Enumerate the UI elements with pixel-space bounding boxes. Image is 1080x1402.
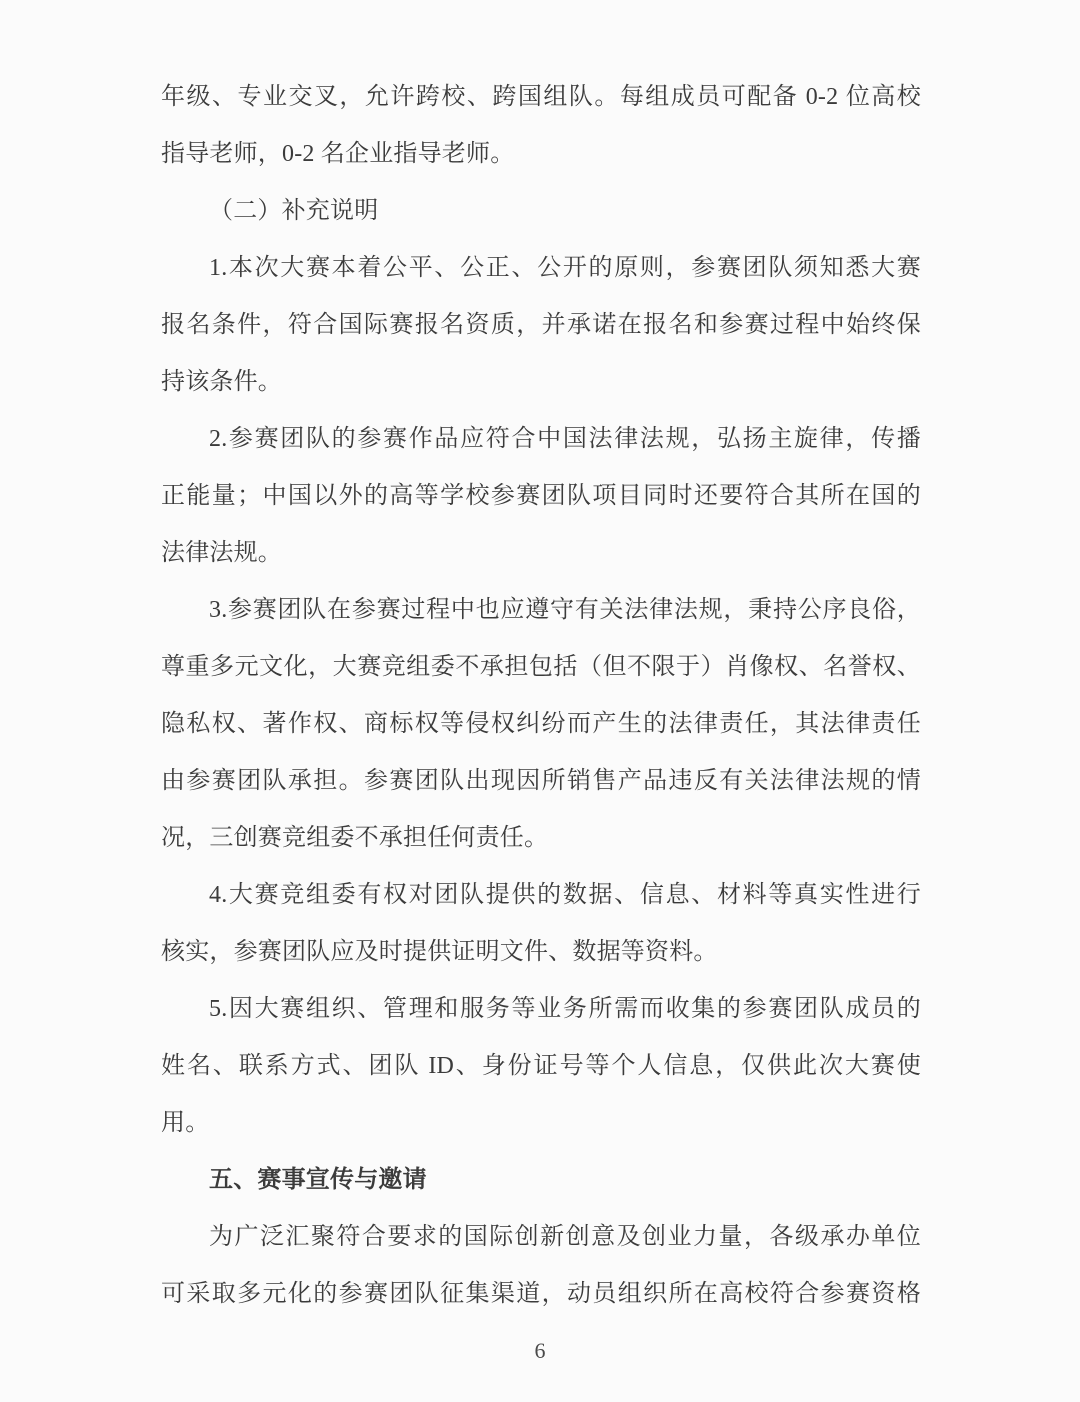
- text-line: 法律法规。: [161, 525, 921, 582]
- item-2-legal-compliance-of-works: 2.参赛团队的参赛作品应符合中国法律法规，弘扬主旋律，传播正能量；中国以外的高等…: [161, 411, 921, 582]
- text-line: 5.因大赛组织、管理和服务等业务所需而收集的参赛团队成员的: [161, 981, 921, 1038]
- text-line: 年级、专业交叉，允许跨校、跨国组队。每组成员可配备 0-2 位高校: [161, 69, 921, 126]
- text-line: 4.大赛竞组委有权对团队提供的数据、信息、材料等真实性进行: [161, 867, 921, 924]
- text-line: 为广泛汇聚符合要求的国际创新创意及创业力量，各级承办单位: [161, 1209, 921, 1266]
- text-line: 五、赛事宣传与邀请: [161, 1152, 921, 1209]
- text-line: 2.参赛团队的参赛作品应符合中国法律法规，弘扬主旋律，传播: [161, 411, 921, 468]
- item-1-fairness-principle: 1.本次大赛本着公平、公正、公开的原则，参赛团队须知悉大赛报名条件，符合国际赛报…: [161, 240, 921, 411]
- text-line: 指导老师，0-2 名企业指导老师。: [161, 126, 921, 183]
- page-footer: 6: [0, 1338, 1080, 1364]
- text-line: 核实，参赛团队应及时提供证明文件、数据等资料。: [161, 924, 921, 981]
- paragraph-continued-team-rules: 年级、专业交叉，允许跨校、跨国组队。每组成员可配备 0-2 位高校指导老师，0-…: [161, 69, 921, 183]
- text-line: 尊重多元文化，大赛竞组委不承担包括（但不限于）肖像权、名誉权、: [161, 639, 921, 696]
- document-body: 年级、专业交叉，允许跨校、跨国组队。每组成员可配备 0-2 位高校指导老师，0-…: [161, 69, 921, 1323]
- text-line: 报名条件，符合国际赛报名资质，并承诺在报名和参赛过程中始终保: [161, 297, 921, 354]
- text-line: 持该条件。: [161, 354, 921, 411]
- section-5-paragraph-recruitment-channels: 为广泛汇聚符合要求的国际创新创意及创业力量，各级承办单位可采取多元化的参赛团队征…: [161, 1209, 921, 1323]
- text-line: 隐私权、著作权、商标权等侵权纠纷而产生的法律责任，其法律责任: [161, 696, 921, 753]
- page-number: 6: [535, 1338, 546, 1363]
- text-line: 可采取多元化的参赛团队征集渠道，动员组织所在高校符合参赛资格: [161, 1266, 921, 1323]
- text-line: 正能量；中国以外的高等学校参赛团队项目同时还要符合其所在国的: [161, 468, 921, 525]
- section-5-heading-publicity-invitation: 五、赛事宣传与邀请: [161, 1152, 921, 1209]
- text-line: 3.参赛团队在参赛过程中也应遵守有关法律法规，秉持公序良俗，: [161, 582, 921, 639]
- text-line: 况，三创赛竞组委不承担任何责任。: [161, 810, 921, 867]
- item-3-legal-liability: 3.参赛团队在参赛过程中也应遵守有关法律法规，秉持公序良俗，尊重多元文化，大赛竞…: [161, 582, 921, 867]
- text-line: （二）补充说明: [161, 183, 921, 240]
- subsection-heading-supplementary-notes: （二）补充说明: [161, 183, 921, 240]
- item-4-data-verification: 4.大赛竞组委有权对团队提供的数据、信息、材料等真实性进行核实，参赛团队应及时提…: [161, 867, 921, 981]
- item-5-personal-information: 5.因大赛组织、管理和服务等业务所需而收集的参赛团队成员的姓名、联系方式、团队 …: [161, 981, 921, 1152]
- text-line: 用。: [161, 1095, 921, 1152]
- text-line: 姓名、联系方式、团队 ID、身份证号等个人信息，仅供此次大赛使: [161, 1038, 921, 1095]
- text-line: 由参赛团队承担。参赛团队出现因所销售产品违反有关法律法规的情: [161, 753, 921, 810]
- text-line: 1.本次大赛本着公平、公正、公开的原则，参赛团队须知悉大赛: [161, 240, 921, 297]
